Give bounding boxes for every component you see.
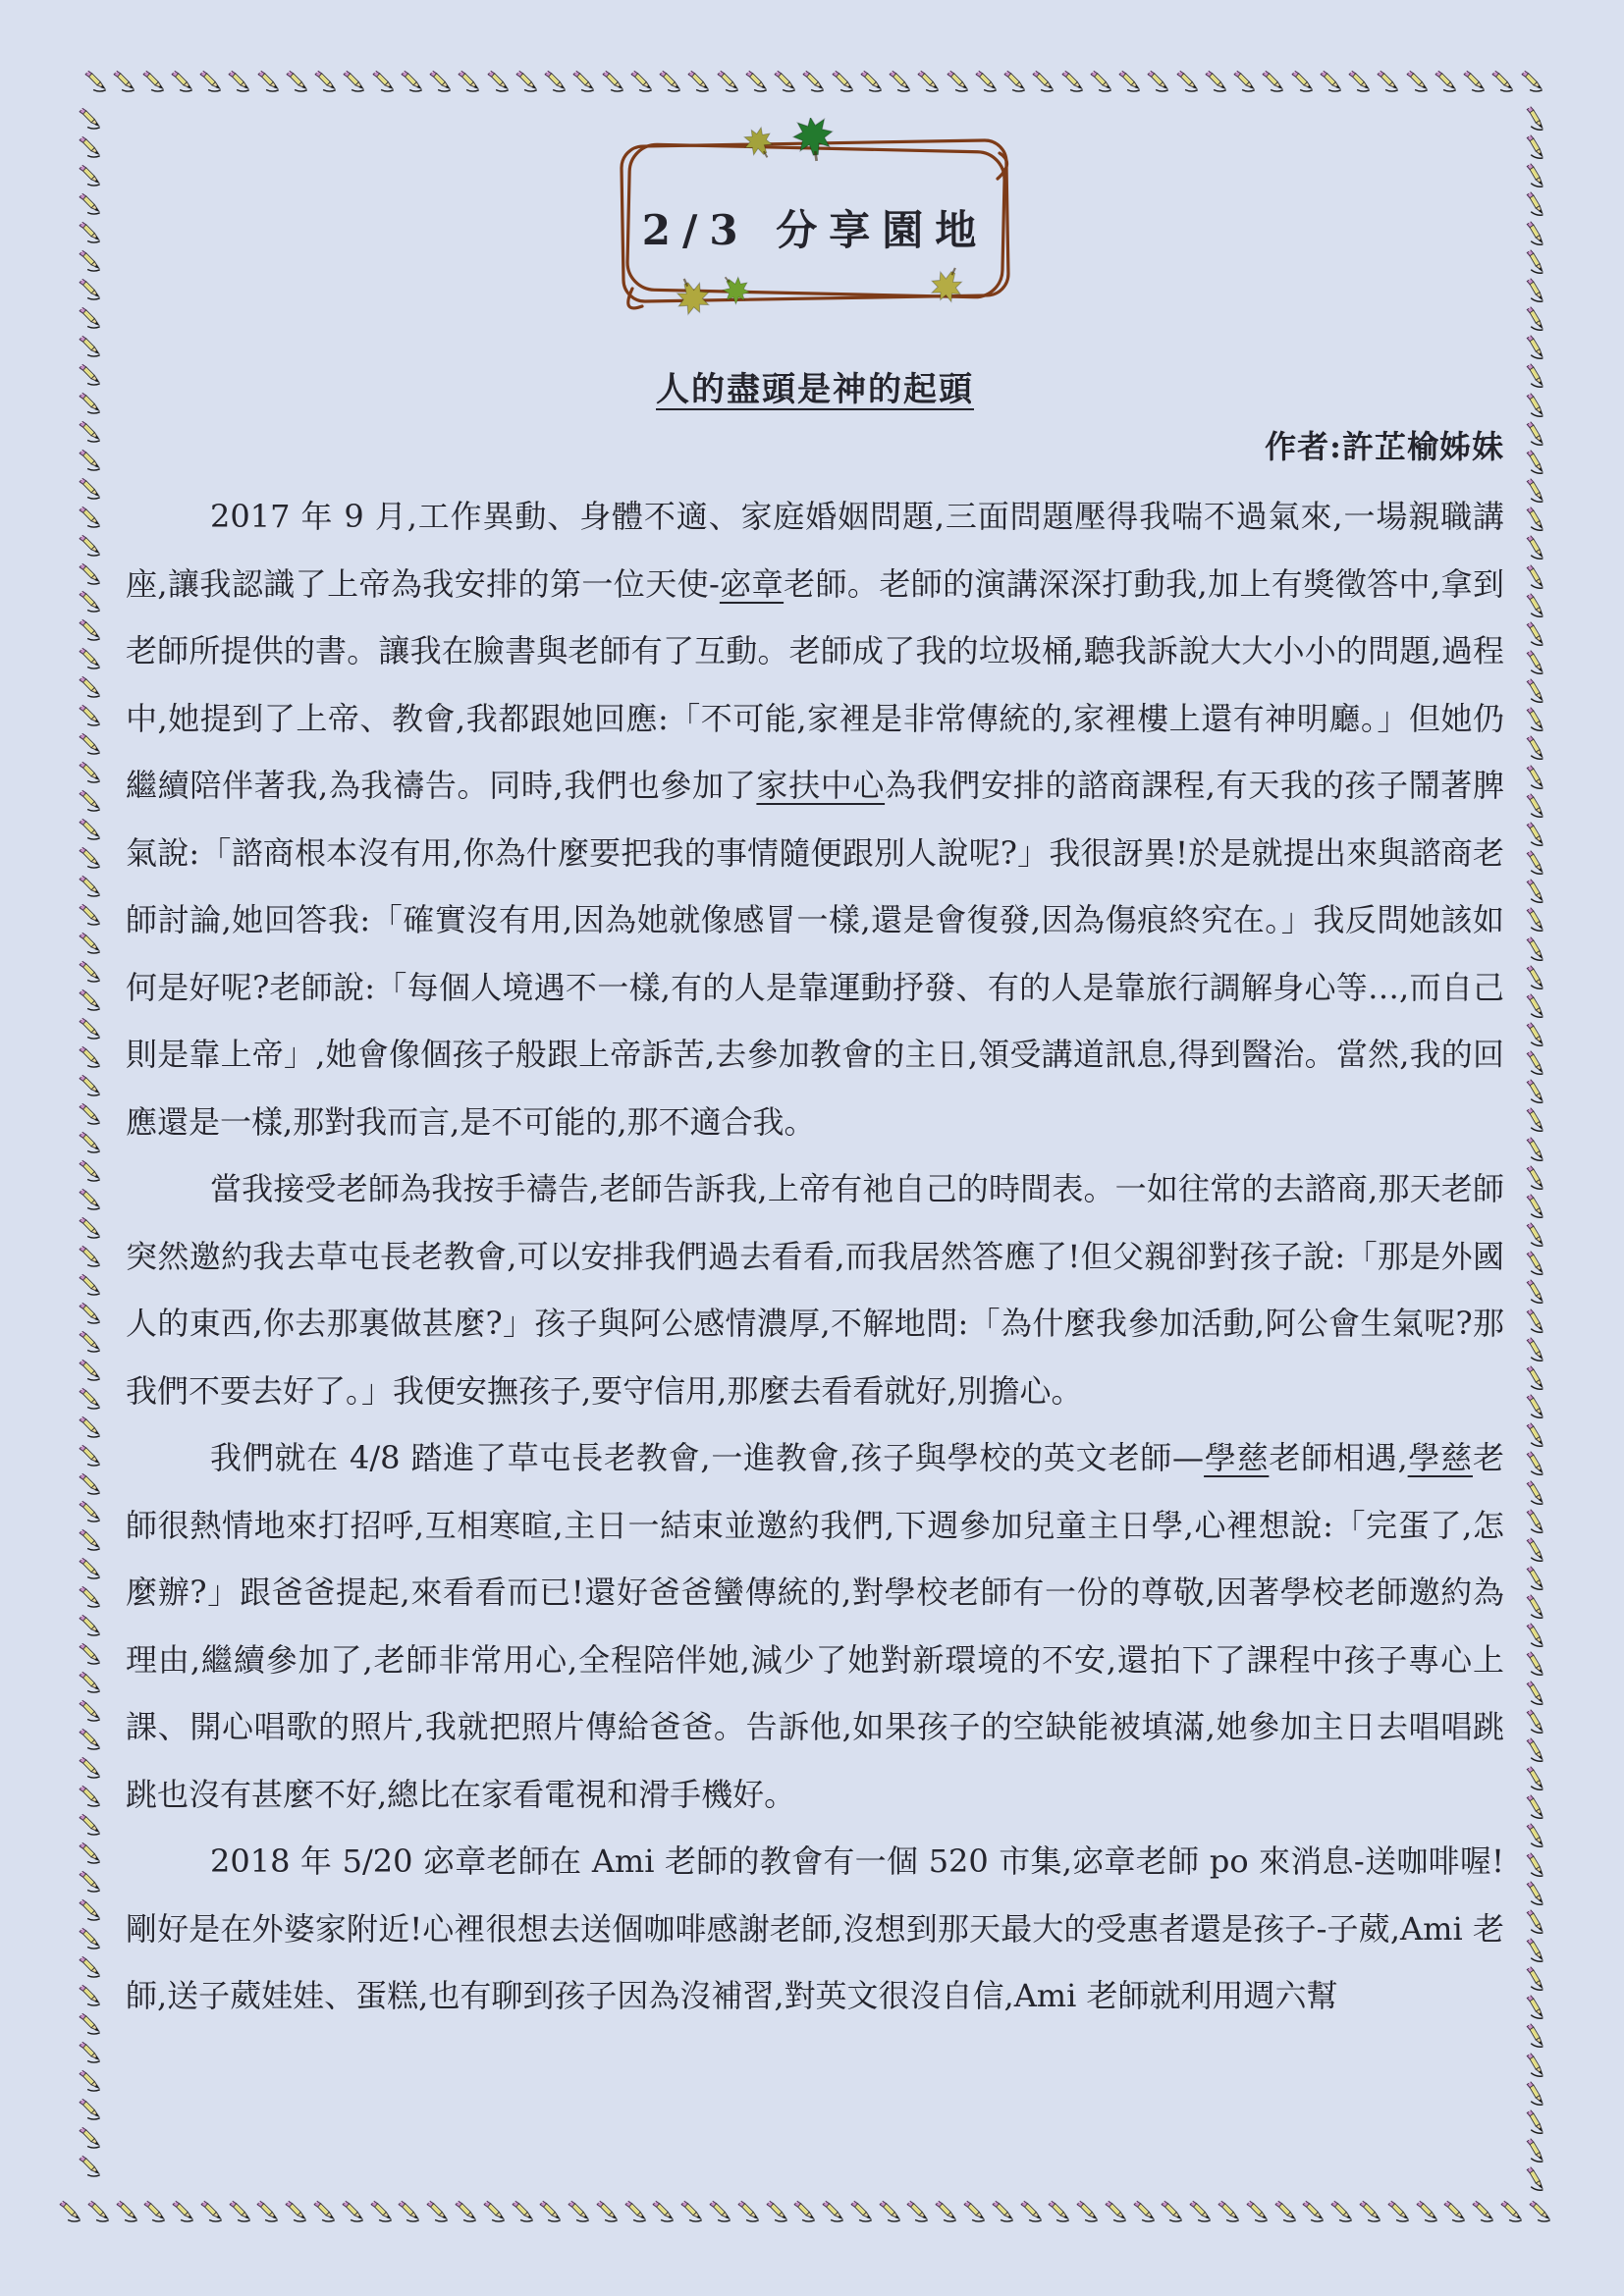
pencil-icon	[77, 1215, 103, 1242]
article-author: 作者:許芷榆姊妹	[126, 422, 1504, 467]
pencil-icon	[77, 2097, 103, 2123]
pencil-icon	[1159, 2199, 1185, 2225]
pencil-icon	[657, 69, 683, 95]
pencil-icon	[961, 2199, 988, 2225]
pencil-icon	[77, 902, 103, 929]
pencil-icon	[1260, 69, 1286, 95]
pencil-icon	[141, 2199, 168, 2225]
pencil-icon	[77, 1499, 103, 1525]
pencil-icon	[1519, 1162, 1551, 1195]
pencil-icon	[77, 760, 103, 786]
pencil-icon	[1519, 1591, 1551, 1624]
pencil-icon	[1519, 762, 1551, 794]
pencil-icon	[77, 1670, 103, 1696]
pencil-icon	[1375, 69, 1401, 95]
pencil-icon	[1404, 69, 1431, 95]
pencil-icon	[77, 845, 103, 872]
pencil-icon	[77, 1443, 103, 1469]
pencil-icon	[1519, 1191, 1551, 1223]
pencil-icon	[800, 69, 827, 95]
pencil-icon	[1519, 1563, 1551, 1595]
pencil-icon	[77, 1727, 103, 1753]
pencil-icon	[715, 69, 741, 95]
pencil-icon	[735, 2199, 762, 2225]
pencil-icon	[77, 589, 103, 615]
pencil-icon	[77, 1101, 103, 1128]
pencil-icon	[685, 69, 712, 95]
pencil-icon	[1519, 1277, 1551, 1309]
pencil-icon	[77, 1641, 103, 1668]
pencil-icon	[1519, 1334, 1551, 1366]
pencil-icon	[85, 2199, 112, 2225]
pencil-icon	[77, 1869, 103, 1896]
pencil-icon	[341, 69, 367, 95]
pencil-icon	[77, 674, 103, 701]
pencil-icon	[312, 69, 339, 95]
pencil-icon	[1461, 69, 1488, 95]
paragraph-text: 2018 年 5/20 宓章老師在 Ami 老師的教會有一個 520 市集,宓章…	[126, 1842, 1504, 2014]
pencil-icon	[77, 277, 103, 303]
pencil-icon	[1519, 475, 1551, 507]
pencil-icon	[396, 2199, 422, 2225]
pencil-icon	[1519, 1419, 1551, 1452]
pencil-icon	[456, 69, 482, 95]
pencil-icon	[77, 248, 103, 275]
pencil-icon	[1001, 69, 1028, 95]
pencil-icon	[772, 69, 798, 95]
pencil-icon	[77, 1841, 103, 1867]
pencil-icon	[1519, 1134, 1551, 1166]
pencil-icon	[77, 617, 103, 644]
pencil-icon	[340, 2199, 366, 2225]
pencil-icon	[1272, 2199, 1299, 2225]
pencil-icon	[1519, 532, 1551, 564]
pencil-icon	[1519, 647, 1551, 679]
pencil-icon	[1519, 69, 1545, 95]
pencil-icon	[77, 1926, 103, 1952]
pencil-icon	[111, 69, 137, 95]
pencil-icon	[453, 2199, 479, 2225]
pencil-icon	[77, 1784, 103, 1810]
pencil-icon	[1519, 1219, 1551, 1252]
pencil-icon	[1519, 1992, 1551, 2024]
pencil-icon	[1519, 675, 1551, 708]
pencil-border-top	[82, 67, 1545, 96]
pencil-icon	[1318, 69, 1344, 95]
pencil-icon	[1519, 1849, 1551, 1882]
pencil-icon	[1519, 2107, 1551, 2139]
pencil-icon	[77, 1272, 103, 1299]
pencil-icon	[1519, 847, 1551, 880]
pencil-icon	[77, 1983, 103, 2009]
pencil-icon	[77, 1358, 103, 1384]
pencil-icon	[77, 874, 103, 900]
pencil-icon	[1519, 1906, 1551, 1939]
pencil-icon	[169, 69, 195, 95]
pencil-icon	[1289, 69, 1316, 95]
pencil-icon	[77, 2068, 103, 2095]
pencil-icon	[537, 2199, 564, 2225]
pencil-icon	[594, 2199, 621, 2225]
pencil-icon	[1244, 2199, 1271, 2225]
pencil-icon	[1519, 1248, 1551, 1280]
pencil-icon	[197, 69, 224, 95]
pencil-icon	[628, 69, 655, 95]
paragraph-text: 為我們安排的諮商課程,有天我的孩子鬧著脾氣說:「諮商根本沒有用,你為什麼要把我的…	[126, 767, 1504, 1141]
pencil-icon	[1216, 2199, 1242, 2225]
pencil-icon	[370, 69, 397, 95]
pencil-icon	[77, 817, 103, 843]
pencil-icon	[1519, 103, 1551, 135]
pencil-border-left	[75, 106, 104, 2180]
pencil-icon	[311, 2199, 338, 2225]
underlined-name: 學慈	[1204, 1439, 1269, 1476]
pencil-icon	[1519, 504, 1551, 536]
pencil-icon	[57, 2199, 83, 2225]
pencil-icon	[77, 788, 103, 815]
pencil-icon	[1519, 447, 1551, 479]
pencil-icon	[1519, 1735, 1551, 1767]
pencil-icon	[198, 2199, 225, 2225]
pencil-icon	[1519, 2078, 1551, 2110]
pencil-icon	[77, 703, 103, 729]
pencil-icon	[77, 1329, 103, 1356]
pencil-icon	[1433, 69, 1459, 95]
pencil-icon	[77, 476, 103, 503]
pencil-icon	[77, 391, 103, 417]
pencil-icon	[1145, 69, 1171, 95]
pencil-icon	[887, 69, 913, 95]
pencil-icon	[973, 69, 1000, 95]
pencil-icon	[424, 2199, 451, 2225]
pencil-icon	[743, 69, 770, 95]
pencil-icon	[77, 134, 103, 161]
pencil-icon	[1519, 934, 1551, 966]
pencil-icon	[1519, 1878, 1551, 1910]
pencil-icon	[990, 2199, 1016, 2225]
pencil-icon	[1519, 1105, 1551, 1138]
pencil-icon	[1174, 69, 1201, 95]
page-banner-title: 2/3 分享園地	[609, 198, 1021, 257]
pencil-icon	[77, 106, 103, 133]
pencil-icon	[1519, 160, 1551, 192]
pencil-icon	[77, 646, 103, 672]
pencil-icon	[904, 2199, 931, 2225]
pencil-icon	[1527, 2199, 1553, 2225]
pencil-icon	[542, 69, 568, 95]
pencil-icon	[1519, 1706, 1551, 1738]
underlined-name: 家扶中心	[756, 767, 885, 804]
pencil-icon	[77, 731, 103, 758]
pencil-icon	[1519, 1534, 1551, 1567]
paragraph: 我們就在 4/8 踏進了草屯長老教會,一進教會,孩子與學校的英文老師—學慈老師相…	[126, 1424, 1504, 1828]
pencil-icon	[77, 1812, 103, 1839]
article-body: 2017 年 9 月,工作異動、身體不適、家庭婚姻問題,三面問題壓得我喘不過氣來…	[126, 483, 1504, 2030]
pencil-icon	[1519, 876, 1551, 908]
pencil-icon	[77, 448, 103, 474]
pencil-icon	[1489, 69, 1516, 95]
pencil-icon	[1519, 962, 1551, 994]
pencil-icon	[77, 561, 103, 588]
pencil-icon	[77, 988, 103, 1014]
pencil-icon	[1519, 1391, 1551, 1423]
pencil-icon	[77, 1073, 103, 1099]
pencil-icon	[1519, 2021, 1551, 2054]
pencil-icon	[600, 69, 626, 95]
pencil-icon	[1519, 418, 1551, 451]
pencil-icon	[255, 69, 282, 95]
pencil-icon	[830, 69, 856, 95]
pencil-icon	[77, 1016, 103, 1042]
pencil-icon	[1519, 332, 1551, 364]
document-page: 2/3 分享園地 人的盡頭是神的起頭 作者:許芷榆姊妹 2017 年 9 月,工…	[0, 0, 1624, 2296]
pencil-icon	[77, 1954, 103, 1981]
pencil-icon	[77, 1044, 103, 1071]
pencil-icon	[77, 1158, 103, 1185]
paragraph: 2017 年 9 月,工作異動、身體不適、家庭婚姻問題,三面問題壓得我喘不過氣來…	[126, 483, 1504, 1155]
pencil-icon	[1357, 2199, 1383, 2225]
pencil-icon	[1519, 1448, 1551, 1480]
pencil-icon	[254, 2199, 281, 2225]
pencil-icon	[1116, 69, 1143, 95]
pencil-icon	[1519, 1620, 1551, 1652]
pencil-icon	[1018, 2199, 1045, 2225]
pencil-icon	[1519, 2050, 1551, 2082]
pencil-icon	[1519, 1477, 1551, 1510]
pencil-icon	[77, 1301, 103, 1327]
pencil-icon	[1414, 2199, 1440, 2225]
pencil-icon	[427, 69, 454, 95]
pencil-icon	[77, 533, 103, 560]
pencil-icon	[77, 931, 103, 957]
pencil-icon	[764, 2199, 790, 2225]
pencil-icon	[1030, 69, 1056, 95]
paragraph-text: 老師很熱情地來打招呼,互相寒暄,主日一結束並邀約我們,下週參加兒童主日學,心裡想…	[126, 1439, 1504, 1813]
pencil-icon	[1519, 2135, 1551, 2167]
pencil-icon	[1187, 2199, 1214, 2225]
pencil-icon	[1519, 246, 1551, 279]
pencil-icon	[1519, 1649, 1551, 1682]
pencil-icon	[1385, 2199, 1412, 2225]
pencil-icon	[570, 69, 597, 95]
pencil-icon	[226, 69, 252, 95]
pencil-icon	[77, 305, 103, 332]
pencil-icon	[1300, 2199, 1326, 2225]
pencil-icon	[1103, 2199, 1129, 2225]
pencil-border-right	[1520, 106, 1549, 2194]
pencil-icon	[1519, 561, 1551, 594]
pencil-icon	[283, 2199, 309, 2225]
pencil-icon	[399, 69, 425, 95]
pencil-icon	[284, 69, 310, 95]
underlined-name: 宓章	[720, 565, 784, 603]
pencil-icon	[77, 163, 103, 189]
pencil-icon	[77, 191, 103, 218]
pencil-icon	[77, 2125, 103, 2152]
pencil-icon	[1059, 69, 1086, 95]
pencil-icon	[140, 69, 167, 95]
pencil-icon	[1519, 618, 1551, 651]
underlined-name: 學慈	[1408, 1439, 1473, 1476]
pencil-icon	[650, 2199, 677, 2225]
pencil-icon	[1519, 990, 1551, 1023]
paragraph-text: 我們就在 4/8 踏進了草屯長老教會,一進教會,孩子與學校的英文老師—	[210, 1439, 1204, 1476]
pencil-icon	[1519, 819, 1551, 851]
pencil-icon	[77, 1386, 103, 1413]
pencil-icon	[1519, 704, 1551, 736]
pencil-icon	[1498, 2199, 1525, 2225]
pencil-icon	[1131, 2199, 1158, 2225]
pencil-icon	[1519, 2163, 1551, 2196]
pencil-icon	[368, 2199, 395, 2225]
pencil-icon	[566, 2199, 592, 2225]
pencil-icon	[1519, 132, 1551, 164]
pencil-icon	[1519, 590, 1551, 622]
pencil-icon	[1519, 303, 1551, 336]
pencil-icon	[77, 2011, 103, 2038]
pencil-icon	[1519, 218, 1551, 250]
pencil-border-bottom	[57, 2197, 1553, 2226]
paragraph: 2018 年 5/20 宓章老師在 Ami 老師的教會有一個 520 市集,宓章…	[126, 1828, 1504, 2030]
pencil-icon	[1519, 390, 1551, 422]
pencil-icon	[77, 1187, 103, 1213]
pencil-icon	[1519, 1963, 1551, 1996]
pencil-icon	[77, 959, 103, 986]
pencil-icon	[77, 1584, 103, 1611]
pencil-icon	[1346, 69, 1373, 95]
pencil-icon	[1519, 1362, 1551, 1395]
pencil-icon	[1519, 905, 1551, 937]
pencil-icon	[848, 2199, 875, 2225]
pencil-icon	[510, 2199, 536, 2225]
pencil-icon	[1519, 733, 1551, 766]
pencil-icon	[1519, 1306, 1551, 1338]
pencil-icon	[485, 69, 512, 95]
pencil-icon	[82, 69, 109, 95]
pencil-icon	[77, 1755, 103, 1782]
pencil-icon	[77, 1897, 103, 1924]
pencil-icon	[77, 505, 103, 531]
pencil-icon	[77, 1613, 103, 1639]
pencil-icon	[1519, 361, 1551, 394]
pencil-icon	[1046, 2199, 1072, 2225]
pencil-icon	[77, 2154, 103, 2180]
article-content: 2/3 分享園地 人的盡頭是神的起頭 作者:許芷榆姊妹 2017 年 9 月,工…	[126, 94, 1504, 2030]
pencil-icon	[678, 2199, 705, 2225]
pencil-icon	[877, 2199, 903, 2225]
pencil-icon	[1441, 2199, 1468, 2225]
pencil-icon	[77, 362, 103, 389]
pencil-icon	[707, 2199, 733, 2225]
pencil-icon	[227, 2199, 253, 2225]
pencil-icon	[1203, 69, 1229, 95]
pencil-icon	[945, 69, 971, 95]
pencil-icon	[514, 69, 540, 95]
pencil-icon	[77, 1556, 103, 1582]
pencil-icon	[77, 1244, 103, 1270]
pencil-icon	[1519, 1076, 1551, 1108]
pencil-icon	[1470, 2199, 1496, 2225]
pencil-icon	[1328, 2199, 1355, 2225]
pencil-icon	[1231, 69, 1258, 95]
pencil-icon	[1519, 1678, 1551, 1710]
article-title: 人的盡頭是神的起頭	[126, 362, 1504, 410]
pencil-icon	[623, 2199, 649, 2225]
pencil-icon	[858, 69, 885, 95]
pencil-icon	[77, 1698, 103, 1725]
paragraph: 當我接受老師為我按手禱告,老師告訴我,上帝有祂自己的時間表。一如往常的去諮商,那…	[126, 1155, 1504, 1424]
pencil-icon	[1519, 1935, 1551, 1967]
pencil-icon	[1519, 1047, 1551, 1080]
pencil-icon	[77, 220, 103, 246]
pencil-icon	[77, 1471, 103, 1498]
paragraph-text: 老師相遇,	[1269, 1439, 1407, 1476]
pencil-icon	[114, 2199, 140, 2225]
pencil-icon	[1519, 1763, 1551, 1795]
pencil-icon	[791, 2199, 818, 2225]
pencil-icon	[77, 1527, 103, 1554]
pencil-icon	[170, 2199, 196, 2225]
pencil-icon	[1519, 1019, 1551, 1051]
pencil-icon	[1519, 275, 1551, 307]
pencil-icon	[77, 1130, 103, 1156]
pencil-icon	[1519, 1506, 1551, 1538]
title-frame: 2/3 分享園地	[609, 118, 1021, 329]
pencil-icon	[1519, 1791, 1551, 1824]
pencil-icon	[820, 2199, 846, 2225]
pencil-icon	[1519, 790, 1551, 823]
paragraph-text: 當我接受老師為我按手禱告,老師告訴我,上帝有祂自己的時間表。一如往常的去諮商,那…	[126, 1170, 1504, 1410]
pencil-icon	[1519, 1821, 1551, 1853]
pencil-icon	[481, 2199, 508, 2225]
pencil-icon	[933, 2199, 959, 2225]
pencil-icon	[77, 2040, 103, 2066]
pencil-icon	[1074, 2199, 1101, 2225]
pencil-icon	[77, 419, 103, 446]
pencil-icon	[915, 69, 942, 95]
pencil-icon	[77, 1415, 103, 1441]
pencil-icon	[1519, 189, 1551, 222]
pencil-icon	[77, 334, 103, 360]
pencil-icon	[1088, 69, 1114, 95]
